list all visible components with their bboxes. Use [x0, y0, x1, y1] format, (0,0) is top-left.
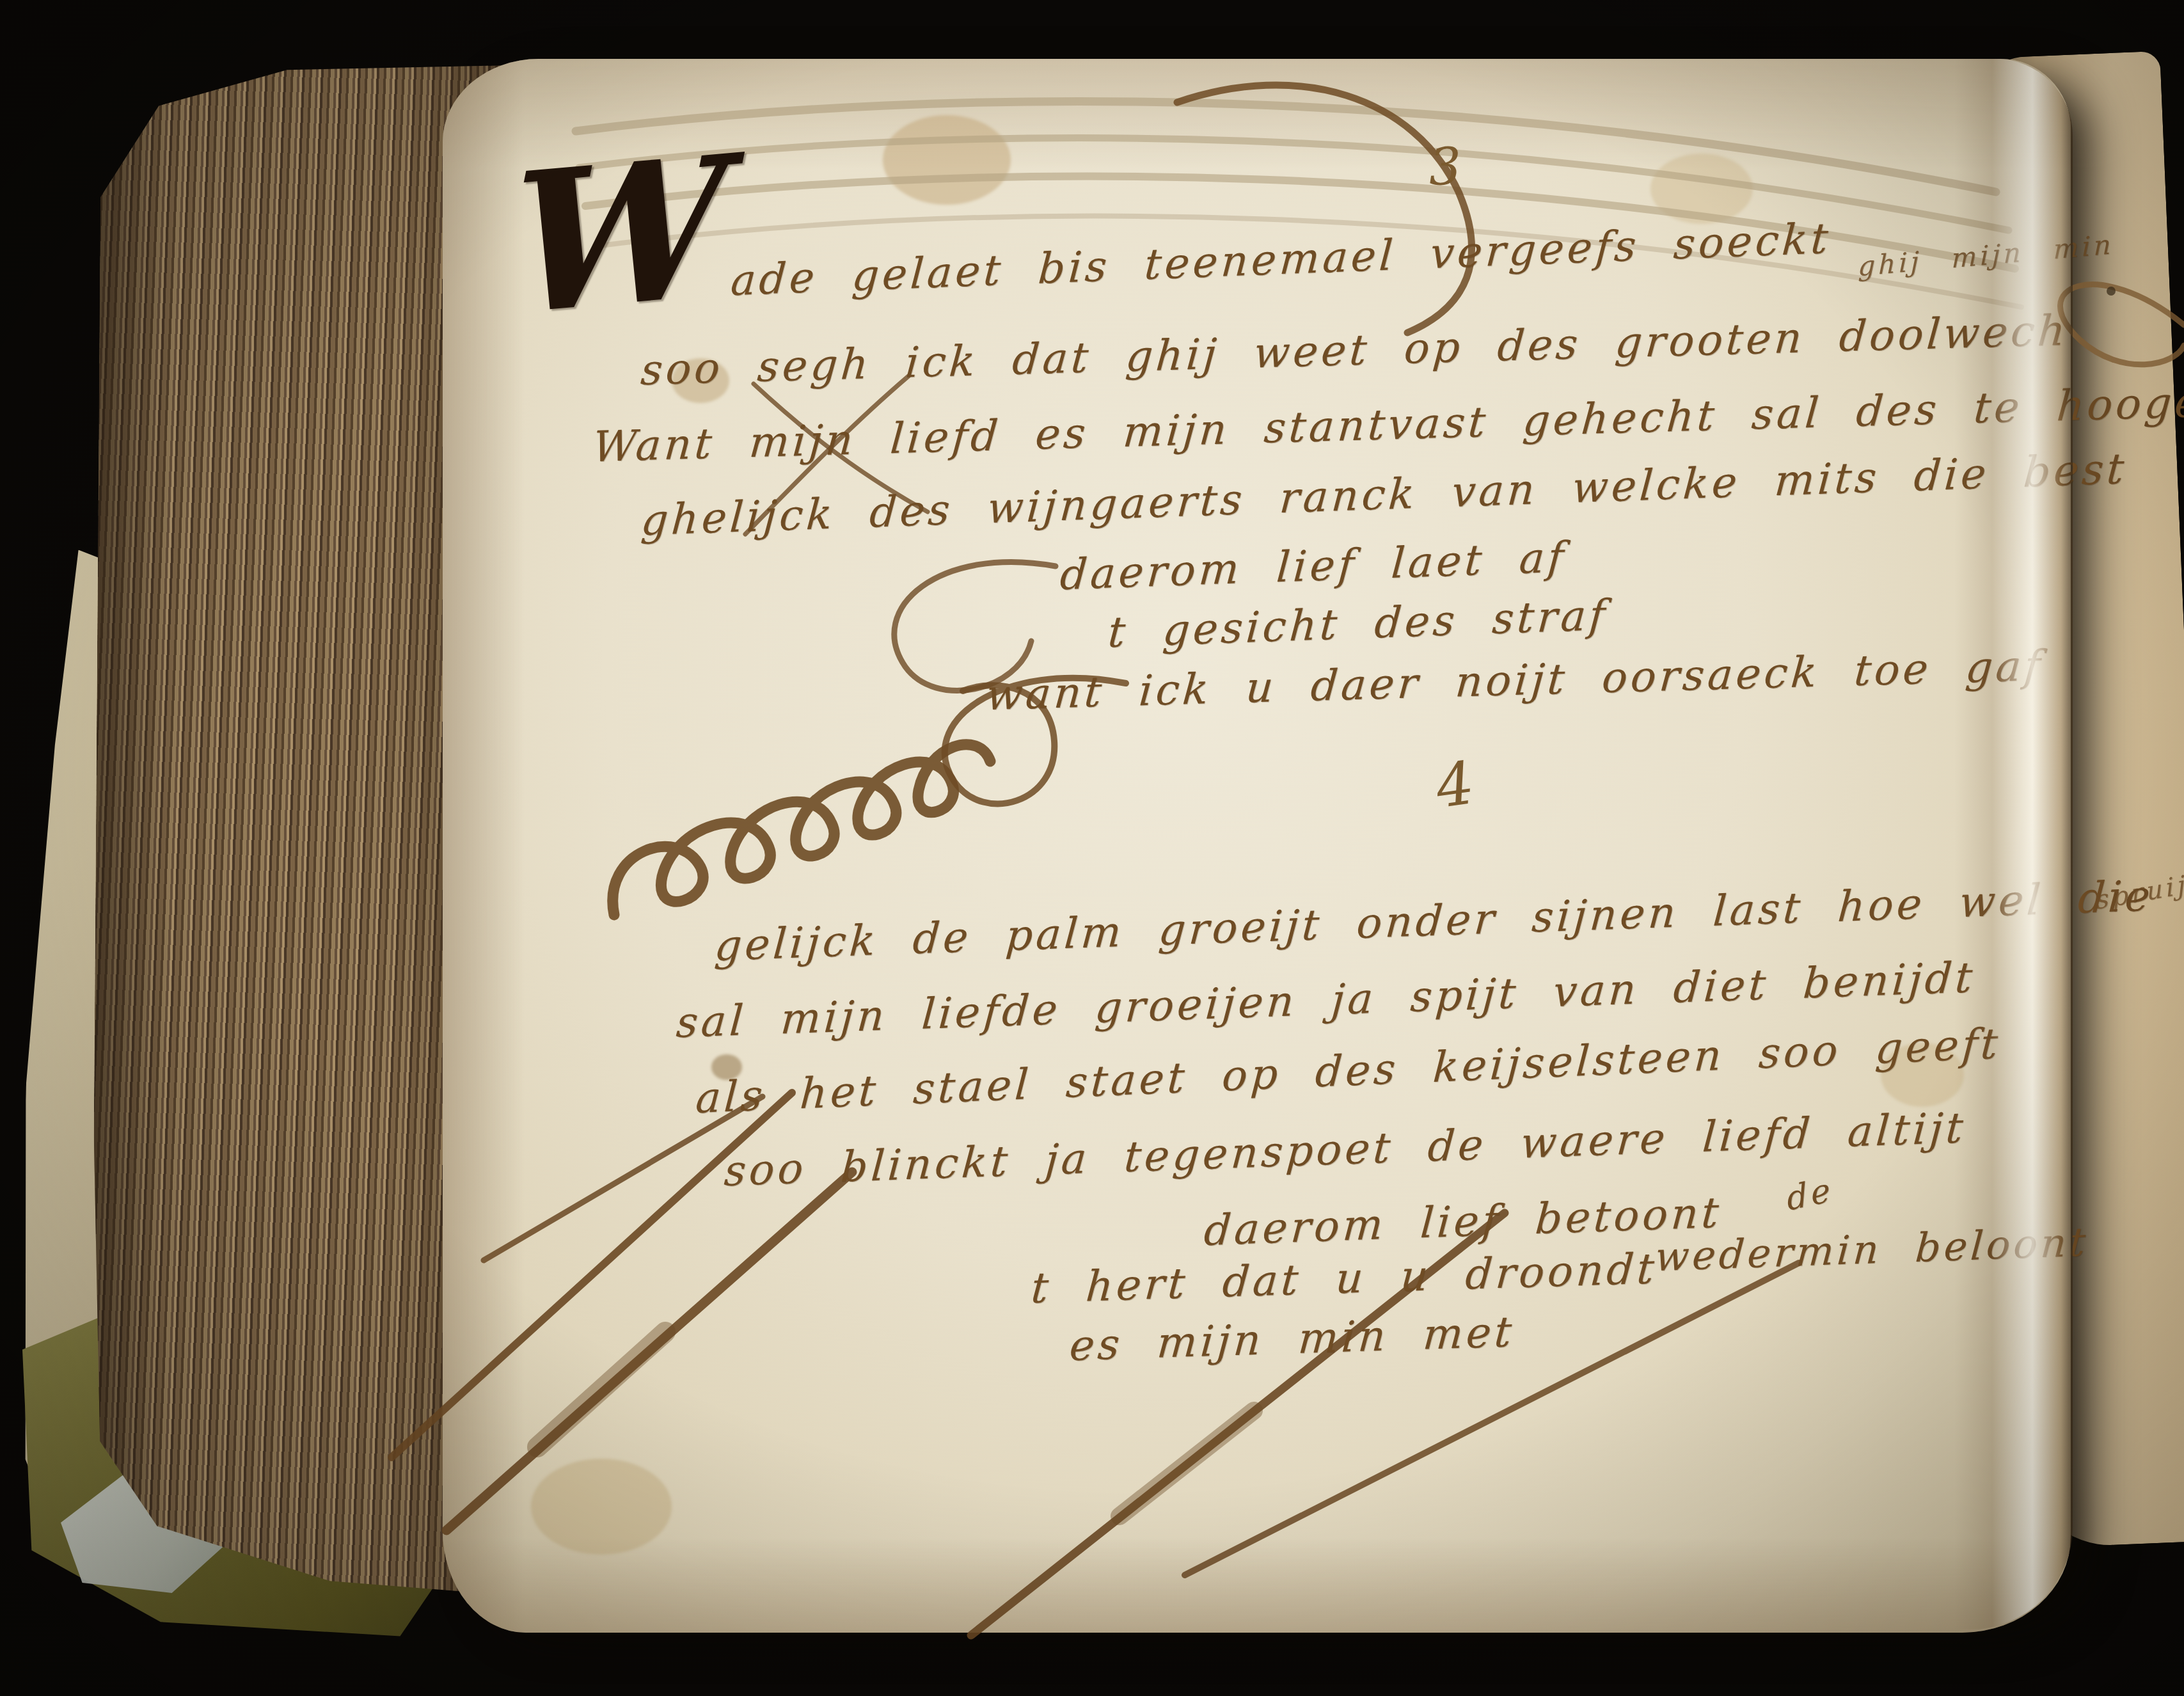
- manuscript-initial: W: [511, 113, 730, 358]
- paper-stain: [1650, 154, 1753, 224]
- page-number: 3: [1428, 136, 1462, 197]
- paper-stain: [531, 1459, 672, 1555]
- page-curl-highlight: [1954, 59, 2073, 1629]
- paper-stain: [883, 115, 1011, 205]
